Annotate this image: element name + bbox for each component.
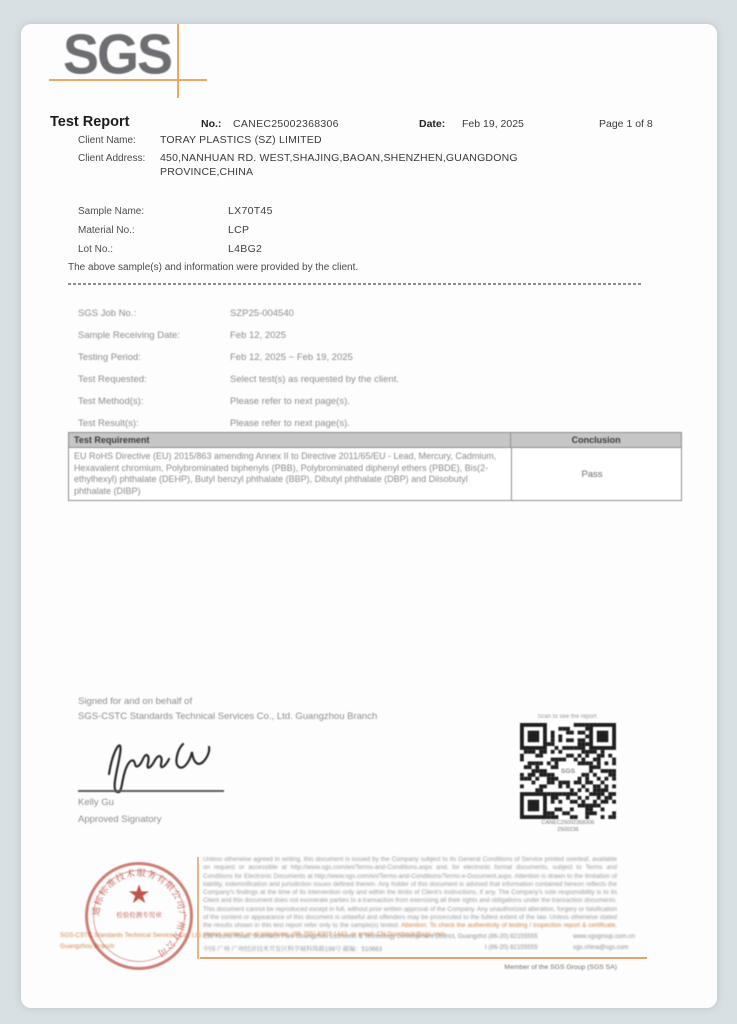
lot-no-value: L4BG2 xyxy=(228,243,262,255)
qr-code: SGS xyxy=(520,723,616,819)
address-cn: 中国·广州·广州经济技术开发区科学城科珠路198号 邮编：510663 xyxy=(203,944,485,953)
test-results-value: Please refer to next page(s). xyxy=(230,418,350,429)
website: www.sgsgroup.com.cn xyxy=(573,933,663,940)
stamp-ring-text: 通标标准技术服务有限公司广州分公司 xyxy=(88,865,190,967)
receiving-date-value: Feb 12, 2025 xyxy=(230,330,286,341)
client-name-value: TORAY PLASTICS (SZ) LIMITED xyxy=(160,134,322,146)
testing-period-label: Testing Period: xyxy=(78,352,141,363)
job-no-value: SZP25-004540 xyxy=(230,308,294,319)
conclusion-cell: Pass xyxy=(512,448,672,500)
test-requirement-cell: EU RoHS Directive (EU) 2015/863 amending… xyxy=(69,448,512,500)
approval-stamp: 通标标准技术服务有限公司广州分公司 ★ 检验检测专用章 xyxy=(85,862,193,970)
lot-no-label: Lot No.: xyxy=(78,244,113,255)
results-table: Test Requirement Conclusion EU RoHS Dire… xyxy=(68,432,682,501)
client-address-value: 450,NANHUAN RD. WEST,SHAJING,BAOAN,SHENZ… xyxy=(160,152,612,179)
address-en: 198 Kezhu Road, Scientech Park Guangzhou… xyxy=(203,933,485,940)
material-no-label: Material No.: xyxy=(78,225,135,236)
sample-name-label: Sample Name: xyxy=(78,206,144,217)
col-header-conclusion: Conclusion xyxy=(511,433,681,447)
signed-for-text: Signed for and on behalf of xyxy=(78,696,192,707)
material-no-value: LCP xyxy=(228,224,249,236)
email: sgs.china@sgs.com xyxy=(573,944,663,953)
sgs-logo: SGS xyxy=(63,24,171,87)
phone-cn: t (86-20) 82155555 xyxy=(485,944,573,953)
test-requested-value: Select test(s) as requested by the clien… xyxy=(230,374,399,385)
receiving-date-label: Sample Receiving Date: xyxy=(78,330,180,341)
signatory-role: Approved Signatory xyxy=(78,814,161,825)
test-methods-label: Test Method(s): xyxy=(78,396,143,407)
test-methods-value: Please refer to next page(s). xyxy=(230,396,350,407)
svg-text:SGS: SGS xyxy=(561,768,576,775)
signatory-name: Kelly Gu xyxy=(78,797,114,808)
sgs-group-member-text: Member of the SGS Group (SGS SA) xyxy=(403,964,617,971)
report-date-value: Feb 19, 2025 xyxy=(462,118,524,130)
screenshot-root: { "logo": { "text": "SGS", "color": "#6d… xyxy=(0,0,737,1024)
svg-text:通标标准技术服务有限公司广州分公司: 通标标准技术服务有限公司广州分公司 xyxy=(91,867,188,959)
qr-caption: Scan to see the report xyxy=(518,714,616,720)
report-date-label: Date: xyxy=(419,118,445,130)
footer-address-row-cn: 中国·广州·广州经济技术开发区科学城科珠路198号 邮编：510663 t (8… xyxy=(203,944,663,953)
footer-address-row-en: 198 Kezhu Road, Scientech Park Guangzhou… xyxy=(203,933,663,940)
test-results-label: Test Result(s): xyxy=(78,418,139,429)
logo-vertical-rule xyxy=(177,24,179,98)
test-requested-label: Test Requested: xyxy=(78,374,147,385)
client-address-label: Client Address: xyxy=(78,153,145,164)
client-name-label: Client Name: xyxy=(78,135,136,146)
phone-en: t (86-20) 82155555 xyxy=(485,933,573,940)
page-title: Test Report xyxy=(50,114,130,130)
report-no-value: CANEC25002368306 xyxy=(233,118,339,130)
table-row: EU RoHS Directive (EU) 2015/863 amending… xyxy=(69,448,681,500)
handwritten-signature xyxy=(91,730,241,794)
col-header-test-requirement: Test Requirement xyxy=(69,433,511,447)
signature-rule xyxy=(78,790,224,792)
footer-vertical-rule xyxy=(197,857,199,959)
footer-orange-rule xyxy=(200,957,647,959)
job-no-label: SGS Job No.: xyxy=(78,308,136,319)
qr-serial-line2: 2500236 xyxy=(518,827,618,834)
qr-serial: CANEC25002368306 2500236 xyxy=(518,820,618,833)
footer-disclaimer: Unless otherwise agreed in writing, this… xyxy=(203,856,617,939)
page-number: Page 1 of 8 xyxy=(599,118,653,130)
testing-period-value: Feb 12, 2025 ~ Feb 19, 2025 xyxy=(230,352,353,363)
sample-name-value: LX70T45 xyxy=(228,205,273,217)
results-table-header: Test Requirement Conclusion xyxy=(69,433,681,448)
dashed-divider xyxy=(68,283,642,285)
company-branch-text: SGS-CSTC Standards Technical Services Co… xyxy=(78,711,377,722)
report-no-label: No.: xyxy=(201,118,221,130)
logo-horizontal-rule xyxy=(49,79,207,81)
disclaimer-text: Unless otherwise agreed in writing, this… xyxy=(203,856,617,929)
sample-note: The above sample(s) and information were… xyxy=(68,262,358,273)
report-page: SGS Test Report No.: CANEC25002368306 Da… xyxy=(21,24,717,1008)
